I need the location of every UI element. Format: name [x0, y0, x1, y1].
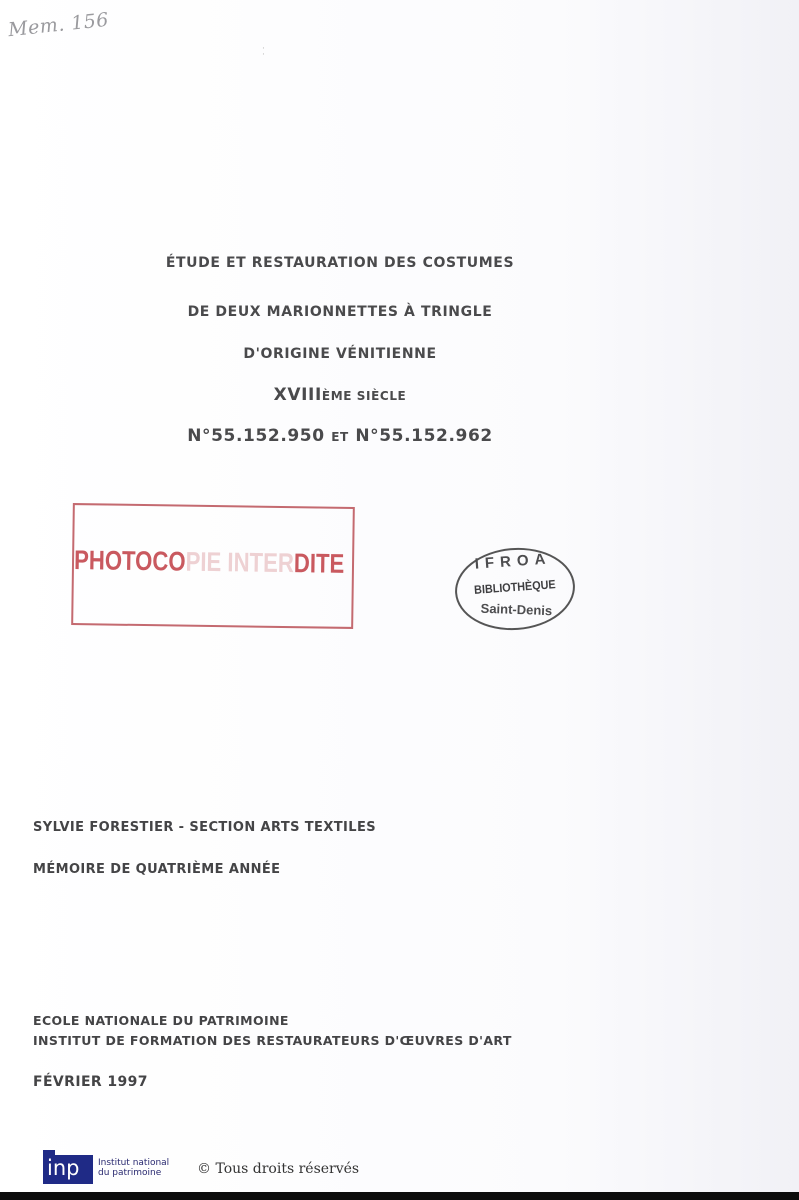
stamp-text-start: PHOTOCO: [74, 545, 186, 577]
library-stamp-middle: BIBLIOTHÈQUE: [462, 576, 567, 597]
photocopy-forbidden-stamp: PHOTOCOPIE INTERDITE: [71, 503, 355, 629]
school-name: ECOLE NATIONALE DU PATRIMOINE: [33, 1013, 289, 1028]
title-line-3: D'ORIGINE VÉNITIENNE: [0, 346, 680, 362]
century-suffix: ÈME SIÈCLE: [322, 389, 406, 403]
copyright-notice: © Tous droits réservés: [197, 1161, 359, 1177]
stamp-text-faded: PIE INTER: [185, 547, 294, 579]
century-line: XVIIIÈME SIÈCLE: [0, 385, 680, 405]
document-date: FÉVRIER 1997: [33, 1074, 148, 1090]
thesis-type: MÉMOIRE DE QUATRIÈME ANNÉE: [33, 862, 280, 877]
stamp-text-end: DITE: [294, 548, 345, 579]
photocopy-stamp-text: PHOTOCOPIE INTERDITE: [74, 545, 345, 580]
inp-name-line-1: Institut national: [98, 1158, 169, 1168]
inp-logo: inp: [43, 1155, 93, 1184]
inventory-numbers: N°55.152.950 ET N°55.152.962: [0, 426, 680, 446]
title-line-1: ÉTUDE ET RESTAURATION DES COSTUMES: [0, 255, 680, 271]
title-line-2: DE DEUX MARIONNETTES À TRINGLE: [0, 304, 680, 320]
inventory-conjunction: ET: [331, 430, 349, 444]
inp-name-line-2: du patrimoine: [98, 1168, 169, 1178]
institute-name: INSTITUT DE FORMATION DES RESTAURATEURS …: [33, 1033, 512, 1048]
scan-speck: ··: [262, 46, 265, 58]
author-section: SYLVIE FORESTIER - SECTION ARTS TEXTILES: [33, 820, 376, 835]
scan-bottom-edge: [0, 1192, 799, 1200]
inventory-number-2: N°55.152.962: [355, 426, 492, 446]
library-stamp-bottom: Saint-Denis: [458, 600, 574, 619]
inventory-number-1: N°55.152.950: [187, 426, 324, 446]
century-numeral: XVIII: [274, 385, 322, 405]
inp-institute-name: Institut national du patrimoine: [98, 1158, 169, 1178]
